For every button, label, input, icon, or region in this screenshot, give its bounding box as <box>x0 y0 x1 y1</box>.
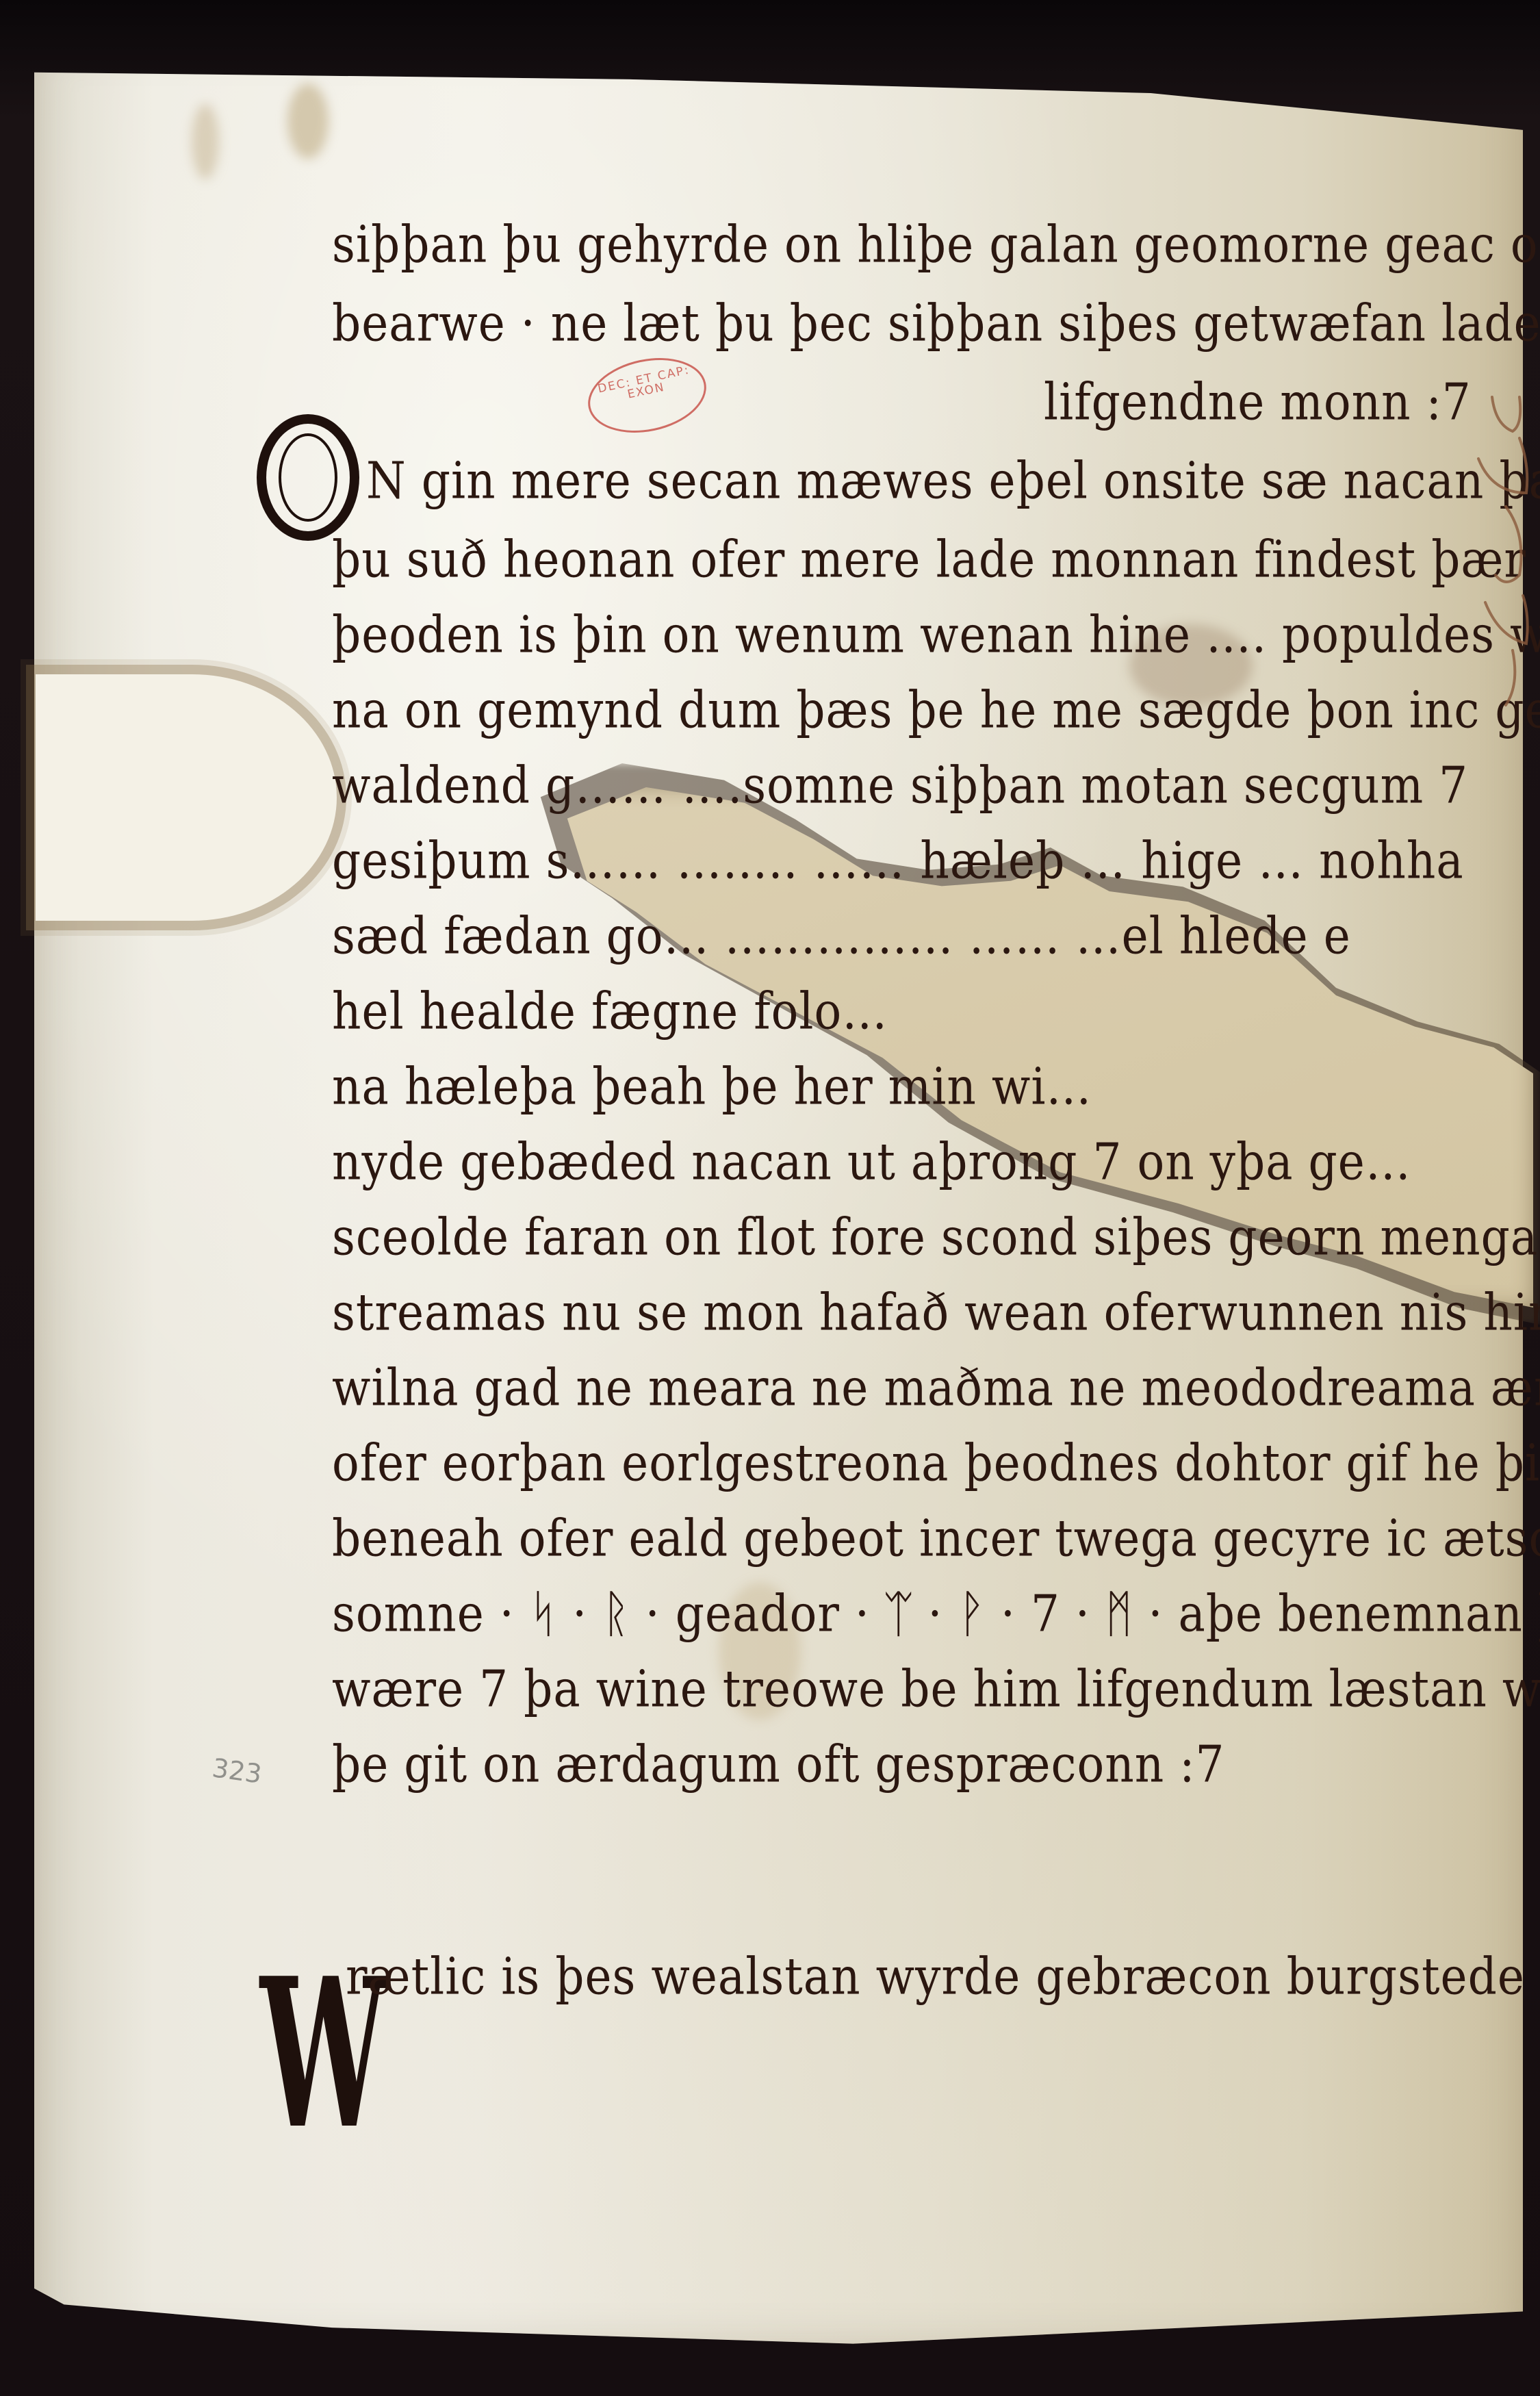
text-line: waldend g…… ….somne siþþan motan secgum … <box>332 761 1468 811</box>
stain-top-2 <box>192 104 219 179</box>
text-line: hel healde fægne folo… <box>332 986 888 1037</box>
marginal-doodle-icon <box>1465 383 1533 712</box>
text-line: þu suð heonan ofer mere lade monnan find… <box>332 535 1540 585</box>
text-line: wære 7 þa wine treowe be him lifgendum l… <box>332 1664 1540 1715</box>
text-line: na on gemynd dum þæs þe he me sægde þon … <box>332 685 1540 736</box>
text-line: nyde gebæded nacan ut aþrong 7 on yþa ge… <box>332 1137 1411 1188</box>
text-line: lifgendne monn :7 <box>1044 377 1472 428</box>
text-line: N gin mere secan mæwes eþel onsite sæ na… <box>366 456 1540 507</box>
text-line: siþþan þu gehyrde on hliþe galan geomorn… <box>332 220 1540 270</box>
text-line: þeoden is þin on wenum wenan hine …. pop… <box>332 610 1540 661</box>
text-line: beneah ofer eald gebeot incer twega gecy… <box>332 1514 1540 1564</box>
text-line: þe git on ærdagum oft gespræconn :7 <box>332 1739 1224 1790</box>
stain-top-1 <box>287 84 329 159</box>
text-line: na hæleþa þeah þe her min wi… <box>332 1062 1092 1112</box>
text-line: sæd fædan go… …………… …… …el hlede e <box>332 911 1351 962</box>
drop-cap-o <box>257 414 359 541</box>
text-line: bearwe · ne læt þu þec siþþan siþes getw… <box>332 298 1540 349</box>
text-line: gesiþum s…… …….. …… hæleþ … hige … nohha <box>332 836 1464 887</box>
text-line: ofer eorþan eorlgestreona þeodnes dohtor… <box>332 1438 1540 1489</box>
text-line: streamas nu se mon hafað wean oferwunnen… <box>332 1288 1540 1338</box>
text-line: rætlic is þes wealstan wyrde gebræcon bu… <box>346 1952 1540 2002</box>
repaired-hole <box>36 674 337 921</box>
text-line: somne · ᛋ · ᚱ · geador · ᛠ · ᚹ · 7 · ᛗ ·… <box>332 1589 1540 1640</box>
text-line: wilna gad ne meara ne maðma ne meododrea… <box>332 1363 1540 1414</box>
text-line: sceolde faran on flot fore scond siþes g… <box>332 1212 1540 1263</box>
